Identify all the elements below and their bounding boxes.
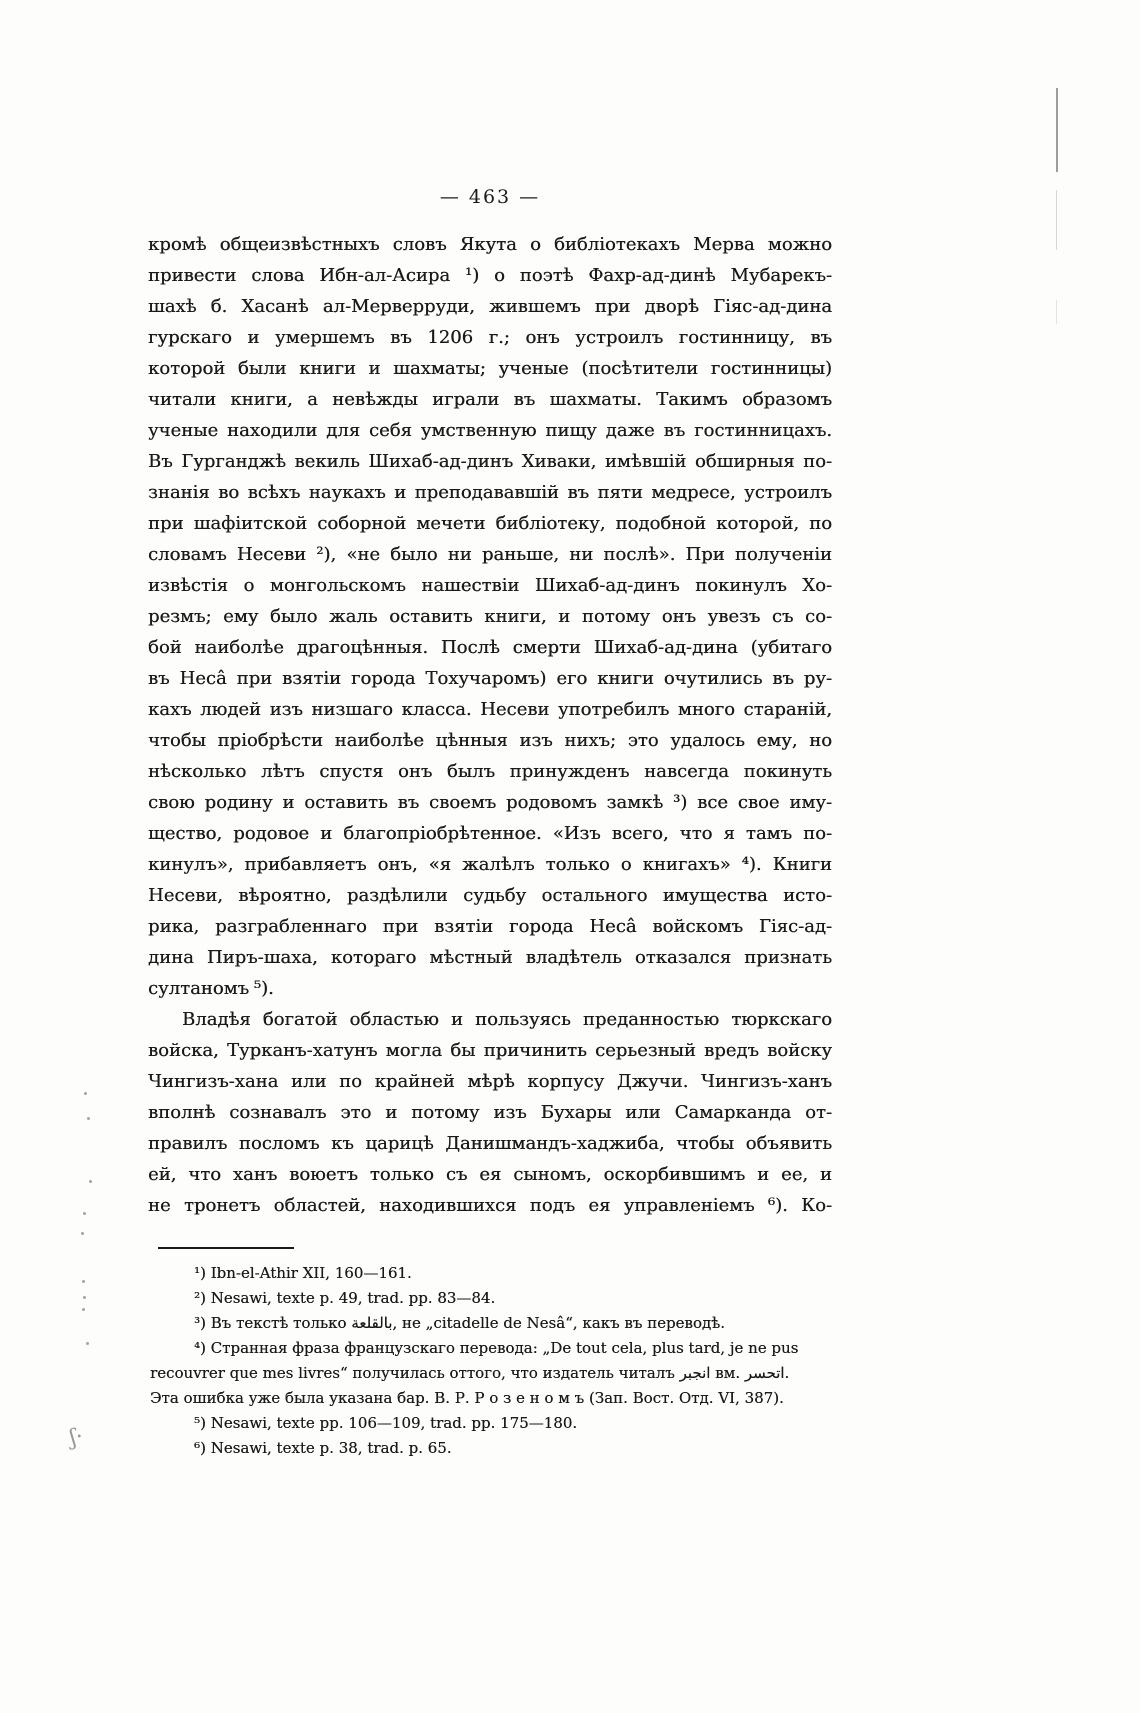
text-line: нѣсколько лѣтъ спустя онъ былъ принужден… [148,756,832,787]
footnote-line: ⁴) Странная фраза французскаго перевода:… [150,1336,860,1361]
footnote-line: ³) Въ текстѣ только ⁧بالقلعة⁩, не „citad… [150,1311,860,1336]
text-line: при шафіитской соборной мечети библіотек… [148,508,832,539]
text-line: правилъ посломъ къ царицѣ Данишмандъ-хад… [148,1128,832,1159]
text-line: Несеви, вѣроятно, раздѣлили судьбу остал… [148,880,832,911]
text-line: войска, Турканъ-хатунъ могла бы причинит… [148,1035,832,1066]
text-line: вполнѣ сознавалъ это и потому изъ Бухары… [148,1097,832,1128]
text-line: чтобы пріобрѣсти наиболѣе цѣнныя изъ них… [148,725,832,756]
scan-artifact-speck [82,1308,85,1311]
text-line: привести слова Ибн-ал-Асира ¹) о поэтѣ Ф… [148,260,832,291]
scan-artifact-speck [83,1296,86,1299]
footnote-line: ⁵) Nesawi, texte pp. 106—109, trad. pp. … [150,1411,860,1436]
text-line: не тронетъ областей, находившихся подъ е… [148,1190,832,1221]
text-line: ученые находили для себя умственную пищу… [148,415,832,446]
text-line: свою родину и оставить въ своемъ родовом… [148,787,832,818]
text-line: бой наиболѣе драгоцѣнныя. Послѣ смерти Ш… [148,632,832,663]
scan-artifact-speck [82,1280,85,1283]
text-line: дина Пиръ-шаха, котораго мѣстный владѣте… [148,942,832,973]
scan-artifact-speck [86,1342,89,1345]
scan-artifact-vertical-line [1056,300,1057,324]
scan-artifact-speck [87,1117,90,1120]
page-number: — 463 — [148,186,832,208]
text-line: словамъ Несеви ²), «не было ни раньше, н… [148,539,832,570]
scan-artifact-speck [89,1180,92,1183]
footnote-line: Эта ошибка уже была указана бар. В. Р. Р… [150,1386,860,1411]
footnote-line: ¹) Ibn-el-Athir XII, 160—161. [150,1261,860,1286]
text-line: Владѣя богатой областью и пользуясь пред… [148,1004,832,1035]
text-line: гурскаго и умершемъ въ 1206 г.; онъ устр… [148,322,832,353]
text-line: Въ Гурганджѣ векиль Шихаб-ад-динъ Хиваки… [148,446,832,477]
footnote-line: recouvrer que mes livres“ получилась отт… [150,1361,860,1386]
scan-artifact-vertical-line [1056,88,1058,172]
text-line: въ Неса̂ при взятіи города Тохучаромъ) е… [148,663,832,694]
text-line: кромѣ общеизвѣстныхъ словъ Якута о библі… [148,229,832,260]
scanned-book-page: — 463 — кромѣ общеизвѣстныхъ словъ Якута… [0,0,1140,1713]
text-line: резмъ; ему было жаль оставить книги, и п… [148,601,832,632]
footnote-line: ⁶) Nesawi, texte p. 38, trad. p. 65. [150,1436,860,1461]
paragraph: кромѣ общеизвѣстныхъ словъ Якута о библі… [148,229,832,1004]
body-text-block: кромѣ общеизвѣстныхъ словъ Якута о библі… [148,229,832,1221]
text-line: Чингизъ-хана или по крайней мѣрѣ корпусу… [148,1066,832,1097]
footnote-line: ²) Nesawi, texte p. 49, trad. pp. 83—84. [150,1286,860,1311]
paragraph: Владѣя богатой областью и пользуясь пред… [148,1004,832,1221]
text-line: рика, разграбленнаго при взятіи города Н… [148,911,832,942]
scan-artifact-speck [84,1092,87,1095]
text-line: ей, что ханъ воюетъ только съ ея сыномъ,… [148,1159,832,1190]
footnote-separator-rule [158,1247,294,1249]
text-line: которой были книги и шахматы; ученые (по… [148,353,832,384]
text-line: щество, родовое и благопріобрѣтенное. «И… [148,818,832,849]
scan-artifact-speck [81,1232,84,1235]
footnotes-block: ¹) Ibn-el-Athir XII, 160—161.²) Nesawi, … [150,1261,860,1461]
text-line: читали книги, а невѣжды играли въ шахмат… [148,384,832,415]
scan-artifact-vertical-line [1056,190,1057,250]
scan-artifact-speck [83,1212,86,1215]
text-line: шахѣ б. Хасанѣ ал-Мерверруди, жившемъ пр… [148,291,832,322]
text-line: султаномъ ⁵). [148,973,832,1004]
text-line: извѣстія о монгольскомъ нашествіи Шихаб-… [148,570,832,601]
scan-artifact-squiggle: ʃ· [68,1424,84,1451]
text-line: кинулъ», прибавляетъ онъ, «я жалѣлъ толь… [148,849,832,880]
text-line: кахъ людей изъ низшаго класса. Несеви уп… [148,694,832,725]
text-line: знанія во всѣхъ наукахъ и преподававшій … [148,477,832,508]
